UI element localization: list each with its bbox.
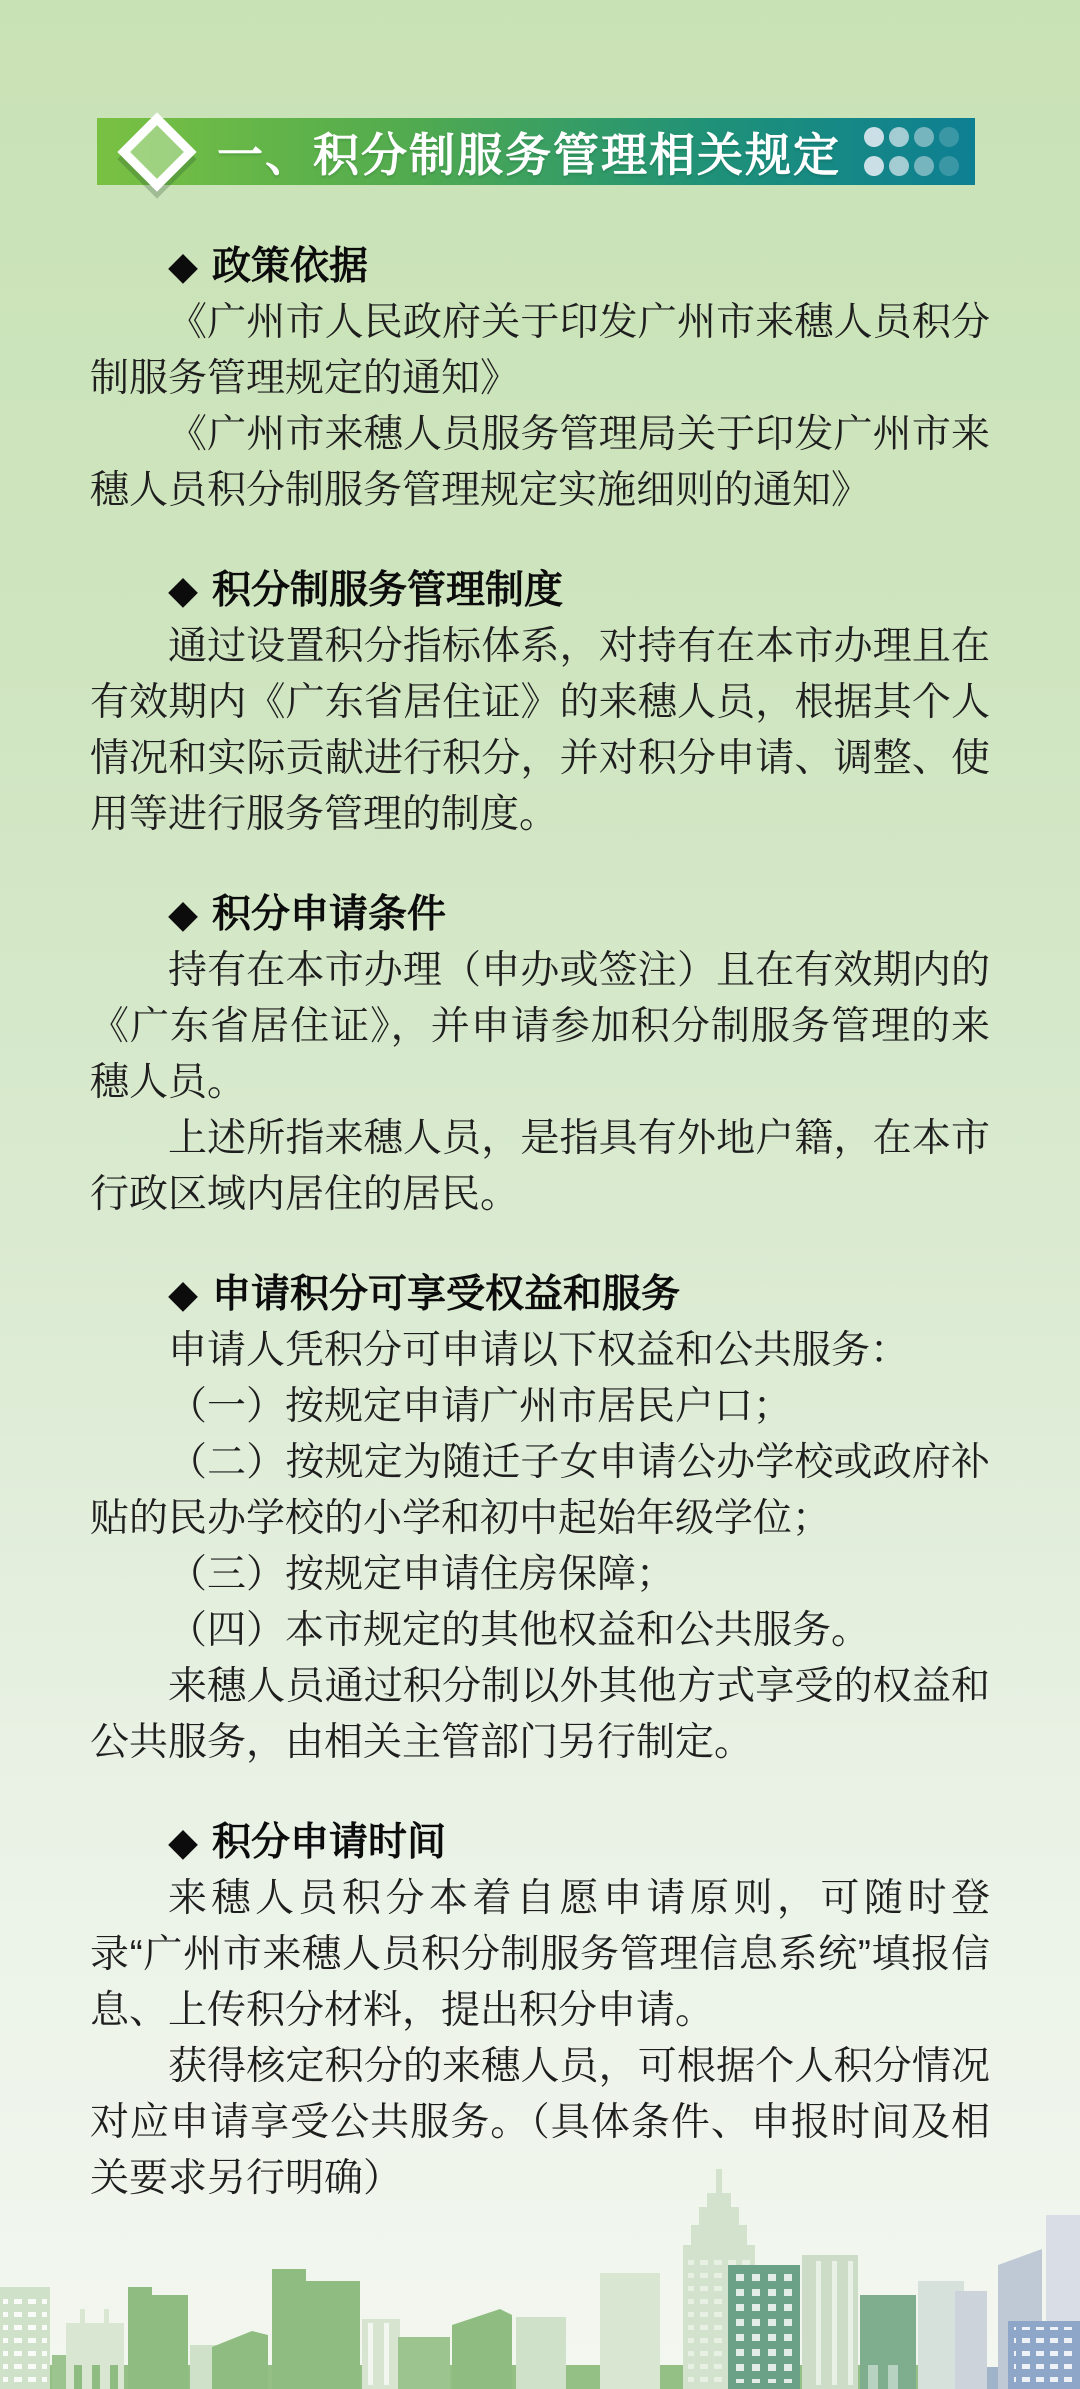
dot [864, 156, 884, 176]
article-body: ◆政策依据 《广州市人民政府关于印发广州市来穗人员积分制服务管理规定的通知》 《… [90, 239, 990, 2207]
dot [939, 127, 959, 147]
paragraph: 通过设置积分指标体系，对持有在本市办理且在有效期内《广东省居住证》的来穗人员，根… [90, 619, 990, 843]
dot [914, 156, 934, 176]
section-heading-points-system: ◆积分制服务管理制度 [90, 563, 990, 619]
paragraph: 《广州市人民政府关于印发广州市来穗人员积分制服务管理规定的通知》 [90, 295, 990, 407]
heading-text: 积分制服务管理制度 [212, 569, 563, 612]
paragraph: 申请人凭积分可申请以下权益和公共服务： [90, 1323, 990, 1379]
section-heading-policy-basis: ◆政策依据 [90, 239, 990, 295]
dot [889, 127, 909, 147]
dot [939, 156, 959, 176]
dot [914, 127, 934, 147]
dots-decoration-icon [864, 127, 959, 176]
diamond-bullet-icon: ◆ [168, 1273, 198, 1316]
heading-text: 积分申请条件 [212, 893, 446, 936]
paragraph: 《广州市来穗人员服务管理局关于印发广州市来穗人员积分制服务管理规定实施细则的通知… [90, 407, 990, 519]
paragraph: 来穗人员通过积分制以外其他方式享受的权益和公共服务，由相关主管部门另行制定。 [90, 1659, 990, 1771]
heading-text: 积分申请时间 [212, 1821, 446, 1864]
paragraph: 持有在本市办理（申办或签注）且在有效期内的《广东省居住证》，并申请参加积分制服务… [90, 943, 990, 1111]
paragraph: 上述所指来穗人员，是指具有外地户籍，在本市行政区域内居住的居民。 [90, 1111, 990, 1223]
paragraph: （三）按规定申请住房保障； [90, 1547, 990, 1603]
heading-text: 政策依据 [212, 245, 368, 288]
paragraph: （二）按规定为随迁子女申请公办学校或政府补贴的民办学校的小学和初中起始年级学位； [90, 1435, 990, 1547]
dot [864, 127, 884, 147]
diamond-icon-shape [117, 112, 196, 191]
banner-title: 一、积分制服务管理相关规定 [217, 119, 841, 185]
paragraph: （四）本市规定的其他权益和公共服务。 [90, 1603, 990, 1659]
section-heading-benefits-services: ◆申请积分可享受权益和服务 [90, 1267, 990, 1323]
diamond-icon [97, 124, 217, 180]
diamond-bullet-icon: ◆ [168, 893, 198, 936]
paragraph: （一）按规定申请广州市居民户口； [90, 1379, 990, 1435]
city-skyline-graphic [0, 2169, 1080, 2389]
dot [889, 156, 909, 176]
section-heading-application-time: ◆积分申请时间 [90, 1815, 990, 1871]
diamond-bullet-icon: ◆ [168, 1821, 198, 1864]
section-heading-application-conditions: ◆积分申请条件 [90, 887, 990, 943]
paragraph: 来穗人员积分本着自愿申请原则，可随时登录“广州市来穗人员积分制服务管理信息系统”… [90, 1871, 990, 2039]
heading-text: 申请积分可享受权益和服务 [212, 1273, 680, 1316]
diamond-bullet-icon: ◆ [168, 245, 198, 288]
diamond-bullet-icon: ◆ [168, 569, 198, 612]
section-title-banner: 一、积分制服务管理相关规定 [97, 118, 975, 185]
